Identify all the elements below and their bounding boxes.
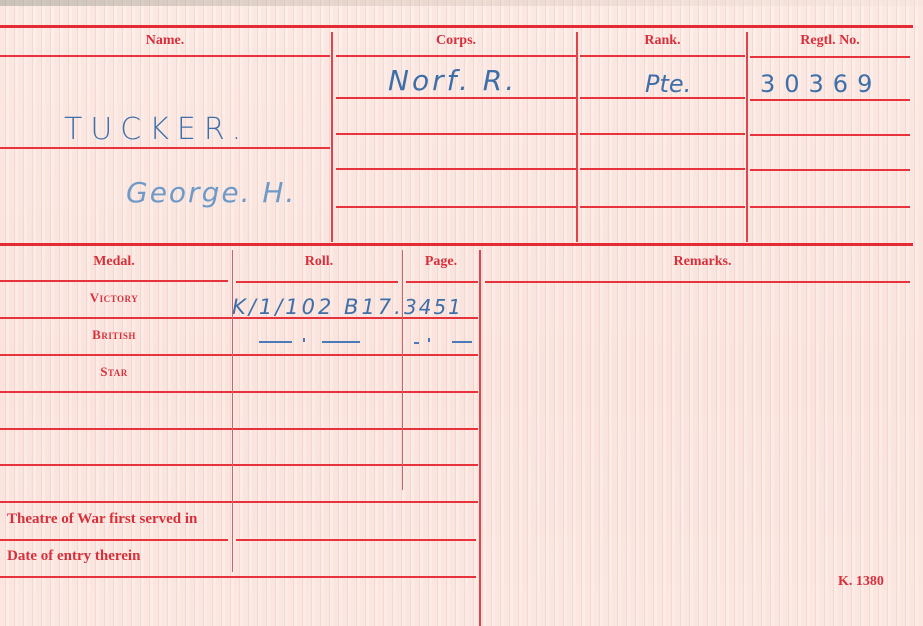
name-mid-line — [0, 147, 330, 149]
regtl-line-2 — [750, 134, 910, 136]
regtl-header-line — [750, 56, 910, 58]
regtl-line-1 — [750, 99, 910, 101]
regtl-no-entry: 30369 — [760, 70, 881, 98]
rank-line-2 — [580, 133, 745, 135]
page-remarks-divider — [479, 250, 481, 626]
roll-header-line — [236, 281, 398, 283]
medal-british: British — [0, 327, 228, 343]
corps-header-line — [336, 55, 576, 57]
corps-line-2 — [336, 133, 576, 135]
medal-star: Star — [0, 364, 228, 380]
rank-header: Rank. — [580, 33, 745, 49]
roll-page-divider — [402, 250, 403, 490]
remarks-header: Remarks. — [485, 254, 920, 270]
regtl-no-header: Regtl. No. — [750, 33, 910, 49]
medal-index-card: Name. Corps. Rank. Regtl. No. Medal. Rol… — [0, 0, 923, 626]
form-number: K. 1380 — [838, 574, 884, 590]
forename-entry: George. H. — [126, 176, 296, 209]
regtl-line-3 — [750, 169, 910, 171]
rank-entry: Pte. — [645, 70, 691, 98]
corps-entry: Norf. R. — [388, 64, 517, 97]
name-header: Name. — [0, 33, 330, 49]
corps-header: Corps. — [336, 33, 576, 49]
corps-line-4 — [336, 206, 576, 208]
british-roll-ditto-2 — [322, 341, 360, 343]
surname-entry: TUCKER. — [64, 112, 249, 147]
rank-line-3 — [580, 168, 745, 170]
victory-page-entry: 3451 — [404, 295, 463, 319]
theatre-label: Theatre of War first served in — [7, 511, 197, 528]
medal-victory: Victory — [0, 290, 228, 306]
blank-row-line-3 — [0, 501, 478, 503]
date-entry-label: Date of entry therein — [7, 548, 140, 565]
british-row-line — [0, 354, 478, 356]
rank-regtl-divider — [746, 32, 748, 242]
british-roll-ditto-1 — [259, 341, 292, 343]
roll-header: Roll. — [236, 254, 402, 270]
corps-rank-divider — [576, 32, 578, 242]
theatre-row-line — [0, 539, 228, 541]
name-corps-divider — [331, 32, 333, 242]
rank-line-4 — [580, 206, 745, 208]
remarks-header-line — [485, 281, 910, 283]
british-page-ditto-1 — [414, 342, 419, 344]
theatre-value-line — [236, 539, 476, 541]
blank-row-line-2 — [0, 464, 478, 466]
corps-line-1 — [336, 97, 576, 99]
name-header-line — [0, 55, 330, 57]
medal-header: Medal. — [0, 254, 228, 270]
british-roll-ditto-mark — [303, 338, 305, 342]
medal-header-line — [0, 280, 228, 282]
date-row-line — [0, 576, 476, 578]
blank-row-line-1 — [0, 428, 478, 430]
victory-roll-entry: K/1/102 B17. — [232, 295, 404, 319]
top-border-line — [0, 25, 913, 28]
rank-header-line — [580, 55, 745, 57]
page-header: Page. — [404, 254, 478, 270]
corps-line-3 — [336, 168, 576, 170]
section-divider-line — [0, 243, 913, 246]
british-page-ditto-mark — [428, 338, 430, 342]
british-page-ditto-2 — [452, 341, 472, 343]
page-header-line — [406, 281, 478, 283]
regtl-line-4 — [750, 206, 910, 208]
star-row-line — [0, 391, 478, 393]
card-edge — [0, 0, 923, 6]
